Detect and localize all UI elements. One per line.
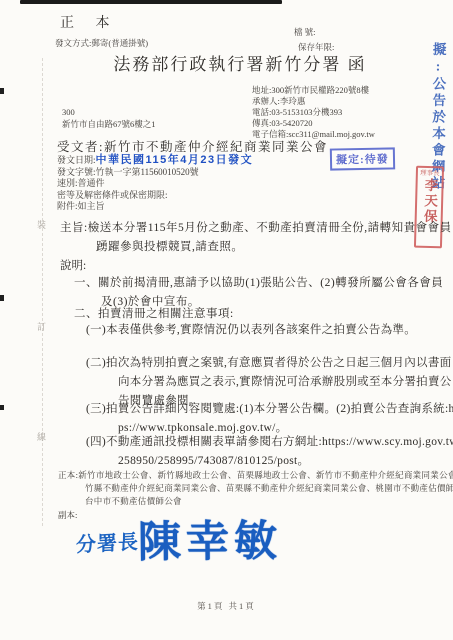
chairman-seal-name: 李天保: [419, 178, 440, 225]
copy-recipients-label: 副本:: [58, 509, 77, 521]
page-number-footer: 第1頁 共1頁: [0, 600, 453, 612]
notice-item-4-with-url: (四)不動產通訊投標相關表單請參閱右方網址:https://www.scy.mo…: [86, 433, 453, 471]
scanned-official-letter: 裝 訂 線 正 本 發文方式:郵寄(普通掛號) 檔 號: 保存年限: 法務部行政…: [0, 0, 453, 640]
dispatch-date-row: 發文日期:中華民國115年4月23日發文: [57, 155, 253, 167]
chairman-seal-title: 理事長: [420, 170, 440, 178]
subject-paragraph: 主旨:檢送本分署115年5月份之動產、不動產拍賣清冊全份,請轉知貴會會員踴躍參與…: [60, 219, 453, 257]
document-title: 法務部行政執行署新竹分署 函: [95, 50, 385, 75]
recipient-mailing-address: 300 新竹市自由路67號6樓之1: [62, 107, 156, 130]
binding-mark-ding: 訂: [37, 320, 46, 333]
dispatch-date-label: 發文日期:: [57, 155, 96, 165]
binding-mark-xian: 線: [37, 430, 46, 443]
sender-phone: 電話:03-5153103分機393: [252, 107, 375, 118]
recipient-street-address: 新竹市自由路67號6樓之1: [62, 119, 156, 131]
delivery-method: 發文方式:郵寄(普通掛號): [55, 37, 148, 49]
scan-artifact-edge-mark: [0, 295, 4, 301]
security-classification: 密等及解密條件或保密期限:: [57, 190, 253, 202]
scan-artifact-edge-mark: [0, 405, 4, 410]
recipient-line: 受文者:新竹市不動產仲介經紀商業同業公會: [57, 137, 328, 155]
sender-address: 地址:300新竹市民權路220號8樓: [252, 85, 375, 96]
priority-level: 速別:普通件: [57, 178, 253, 190]
dispatch-date-stamp: 中華民國115年4月23日發文: [96, 154, 254, 166]
binding-dotted-line: [42, 58, 43, 526]
scan-artifact-edge-mark: [0, 88, 4, 94]
signer-signature-stamp: 陳幸敏: [138, 507, 283, 569]
scan-artifact-top-strip: [20, 0, 282, 4]
binding-mark-zhuang: 裝: [37, 218, 46, 231]
original-recipients-list: 正本:新竹市地政士公會、新竹縣地政士公會、苗栗縣地政士公會、新竹市不動產仲介經紀…: [58, 469, 453, 508]
recipient-zip-code: 300: [62, 107, 156, 119]
sender-fax: 傳真:03-5420720: [252, 118, 375, 129]
notice-item-1: (一)本表僅供參考,實際情況仍以表列各該案件之拍賣公告為準。: [86, 321, 453, 340]
sender-officer: 承辦人:李玲惠: [252, 96, 375, 107]
file-number-label: 檔 號:: [294, 26, 316, 38]
signer-title-stamp: 分署長: [76, 525, 139, 557]
document-number: 發文字號:竹執一字第11560010520號: [57, 167, 253, 179]
document-metadata-block: 發文日期:中華民國115年4月23日發文 發文字號:竹執一字第115600105…: [57, 155, 253, 213]
attachment-note: 附件:如主旨: [57, 201, 253, 213]
approval-status-stamp: 擬定:待發: [330, 147, 395, 170]
sender-contact-block: 地址:300新竹市民權路220號8樓 承辦人:李玲惠 電話:03-5153103…: [252, 85, 375, 140]
copy-type-label: 正 本: [60, 12, 119, 32]
